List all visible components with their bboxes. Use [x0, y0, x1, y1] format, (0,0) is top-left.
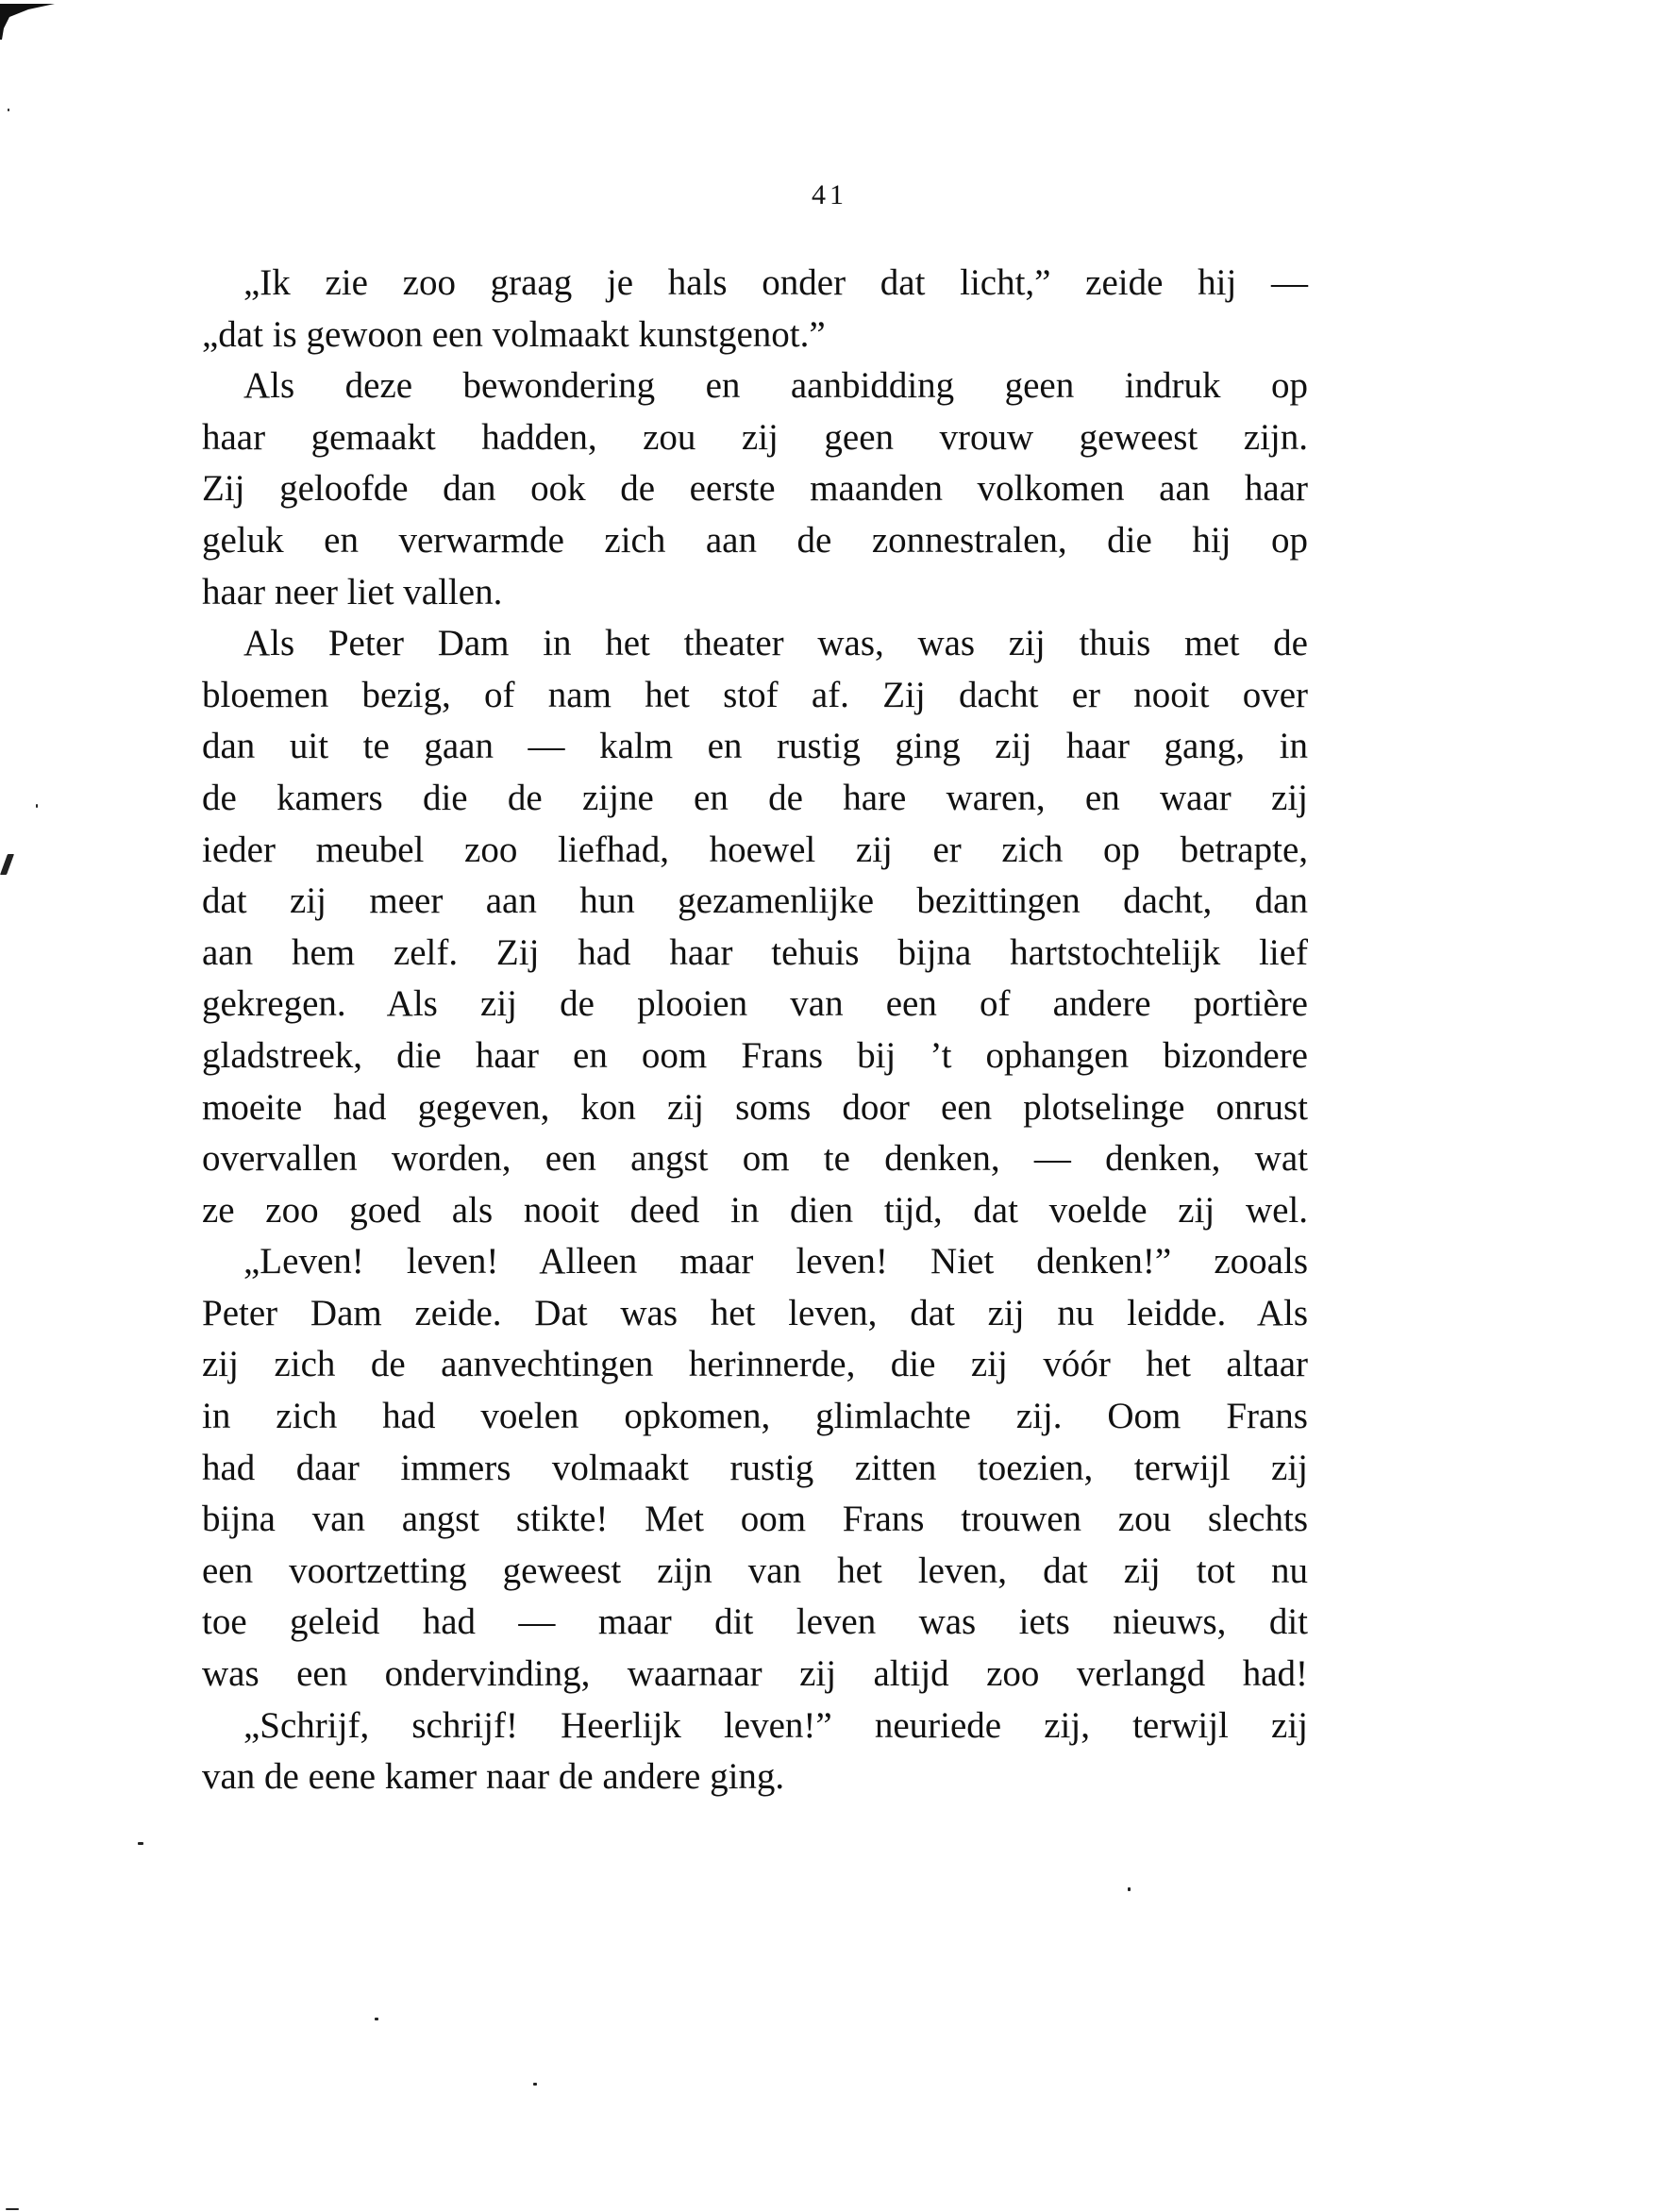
text-line: bloemen bezig, of nam het stof af. Zij d…: [202, 670, 1308, 722]
scan-speck: [6, 2208, 19, 2210]
text-line: zij zich de aanvechtingen herinnerde, di…: [202, 1339, 1308, 1391]
text-line-content: gladstreek, die haar en oom Frans bij ’t…: [202, 1031, 1308, 1082]
text-line: bijna van angst stikte! Met oom Frans tr…: [202, 1494, 1308, 1546]
page-number: 41: [0, 179, 1659, 211]
scan-speck: [36, 804, 38, 808]
text-line-content: de kamers die de zijne en de hare waren,…: [202, 773, 1308, 825]
text-line-content: „dat is gewoon een volmaakt kunstgenot.”: [202, 310, 826, 361]
text-line-content: ze zoo goed als nooit deed in dien tijd,…: [202, 1185, 1308, 1237]
text-line-content: zij zich de aanvechtingen herinnerde, di…: [202, 1339, 1308, 1391]
text-line: geluk en verwarmde zich aan de zonnestra…: [202, 515, 1308, 567]
text-line-content: haar gemaakt hadden, zou zij geen vrouw …: [202, 412, 1308, 464]
scan-corner-artifact: [0, 0, 57, 42]
text-line-content: dat zij meer aan hun gezamenlijke bezitt…: [202, 876, 1308, 928]
text-line: ze zoo goed als nooit deed in dien tijd,…: [202, 1185, 1308, 1237]
text-line: Als deze bewondering en aanbidding geen …: [202, 360, 1308, 412]
text-line: overvallen worden, een angst om te denke…: [202, 1133, 1308, 1185]
text-line: de kamers die de zijne en de hare waren,…: [202, 773, 1308, 825]
text-line-content: overvallen worden, een angst om te denke…: [202, 1133, 1308, 1185]
scan-speck: [138, 1842, 143, 1845]
text-line: gekregen. Als zij de plooien van een of …: [202, 979, 1308, 1031]
text-line-content: Als deze bewondering en aanbidding geen …: [243, 360, 1308, 412]
scan-speck: [0, 854, 14, 875]
text-line: haar gemaakt hadden, zou zij geen vrouw …: [202, 412, 1308, 464]
text-line: „Leven! leven! Alleen maar leven! Niet d…: [202, 1236, 1308, 1288]
text-line: toe geleid had — maar dit leven was iets…: [202, 1597, 1308, 1649]
text-line: moeite had gegeven, kon zij soms door ee…: [202, 1082, 1308, 1134]
body-text: „Ik zie zoo graag je hals onder dat lich…: [202, 258, 1308, 1803]
text-line: „Ik zie zoo graag je hals onder dat lich…: [202, 258, 1308, 310]
text-line: dan uit te gaan — kalm en rustig ging zi…: [202, 721, 1308, 773]
text-line: dat zij meer aan hun gezamenlijke bezitt…: [202, 876, 1308, 928]
scan-speck: [533, 2083, 537, 2086]
scan-speck: [375, 2018, 378, 2020]
text-line: was een ondervinding, waarnaar zij altij…: [202, 1649, 1308, 1701]
text-line: Zij geloofde dan ook de eerste maanden v…: [202, 463, 1308, 515]
text-line-content: Zij geloofde dan ook de eerste maanden v…: [202, 463, 1308, 515]
text-line-content: een voortzetting geweest zijn van het le…: [202, 1546, 1308, 1598]
text-line-content: Peter Dam zeide. Dat was het leven, dat …: [202, 1288, 1308, 1340]
book-page: 41 „Ik zie zoo graag je hals onder dat l…: [0, 0, 1659, 2212]
text-line: gladstreek, die haar en oom Frans bij ’t…: [202, 1031, 1308, 1082]
text-line: Als Peter Dam in het theater was, was zi…: [202, 618, 1308, 670]
text-line-content: „Leven! leven! Alleen maar leven! Niet d…: [243, 1236, 1308, 1288]
text-line: had daar immers volmaakt rustig zitten t…: [202, 1443, 1308, 1495]
text-line-content: moeite had gegeven, kon zij soms door ee…: [202, 1082, 1308, 1134]
text-line: Peter Dam zeide. Dat was het leven, dat …: [202, 1288, 1308, 1340]
text-line: „dat is gewoon een volmaakt kunstgenot.”: [202, 310, 1308, 361]
text-line-content: was een ondervinding, waarnaar zij altij…: [202, 1649, 1308, 1701]
text-line: van de eene kamer naar de andere ging.: [202, 1751, 1308, 1803]
text-line: in zich had voelen opkomen, glimlachte z…: [202, 1391, 1308, 1443]
text-line-content: „Ik zie zoo graag je hals onder dat lich…: [243, 258, 1308, 310]
text-line-content: bloemen bezig, of nam het stof af. Zij d…: [202, 670, 1308, 722]
text-line: aan hem zelf. Zij had haar tehuis bijna …: [202, 928, 1308, 980]
text-line-content: ieder meubel zoo liefhad, hoewel zij er …: [202, 825, 1308, 877]
text-line: haar neer liet vallen.: [202, 567, 1308, 619]
text-line-content: aan hem zelf. Zij had haar tehuis bijna …: [202, 928, 1308, 980]
text-line-content: Als Peter Dam in het theater was, was zi…: [243, 618, 1308, 670]
scan-speck: [1128, 1887, 1131, 1891]
text-line-content: in zich had voelen opkomen, glimlachte z…: [202, 1391, 1308, 1443]
text-line-content: van de eene kamer naar de andere ging.: [202, 1751, 784, 1803]
text-line: een voortzetting geweest zijn van het le…: [202, 1546, 1308, 1598]
text-line-content: had daar immers volmaakt rustig zitten t…: [202, 1443, 1308, 1495]
text-line: ieder meubel zoo liefhad, hoewel zij er …: [202, 825, 1308, 877]
scan-speck: [8, 109, 9, 111]
text-line-content: gekregen. Als zij de plooien van een of …: [202, 979, 1308, 1031]
text-line-content: dan uit te gaan — kalm en rustig ging zi…: [202, 721, 1308, 773]
text-line-content: toe geleid had — maar dit leven was iets…: [202, 1597, 1308, 1649]
text-line-content: bijna van angst stikte! Met oom Frans tr…: [202, 1494, 1308, 1546]
text-line-content: „Schrijf, schrijf! Heerlijk leven!” neur…: [243, 1701, 1308, 1752]
text-line-content: geluk en verwarmde zich aan de zonnestra…: [202, 515, 1308, 567]
text-line: „Schrijf, schrijf! Heerlijk leven!” neur…: [202, 1701, 1308, 1752]
text-line-content: haar neer liet vallen.: [202, 567, 502, 619]
